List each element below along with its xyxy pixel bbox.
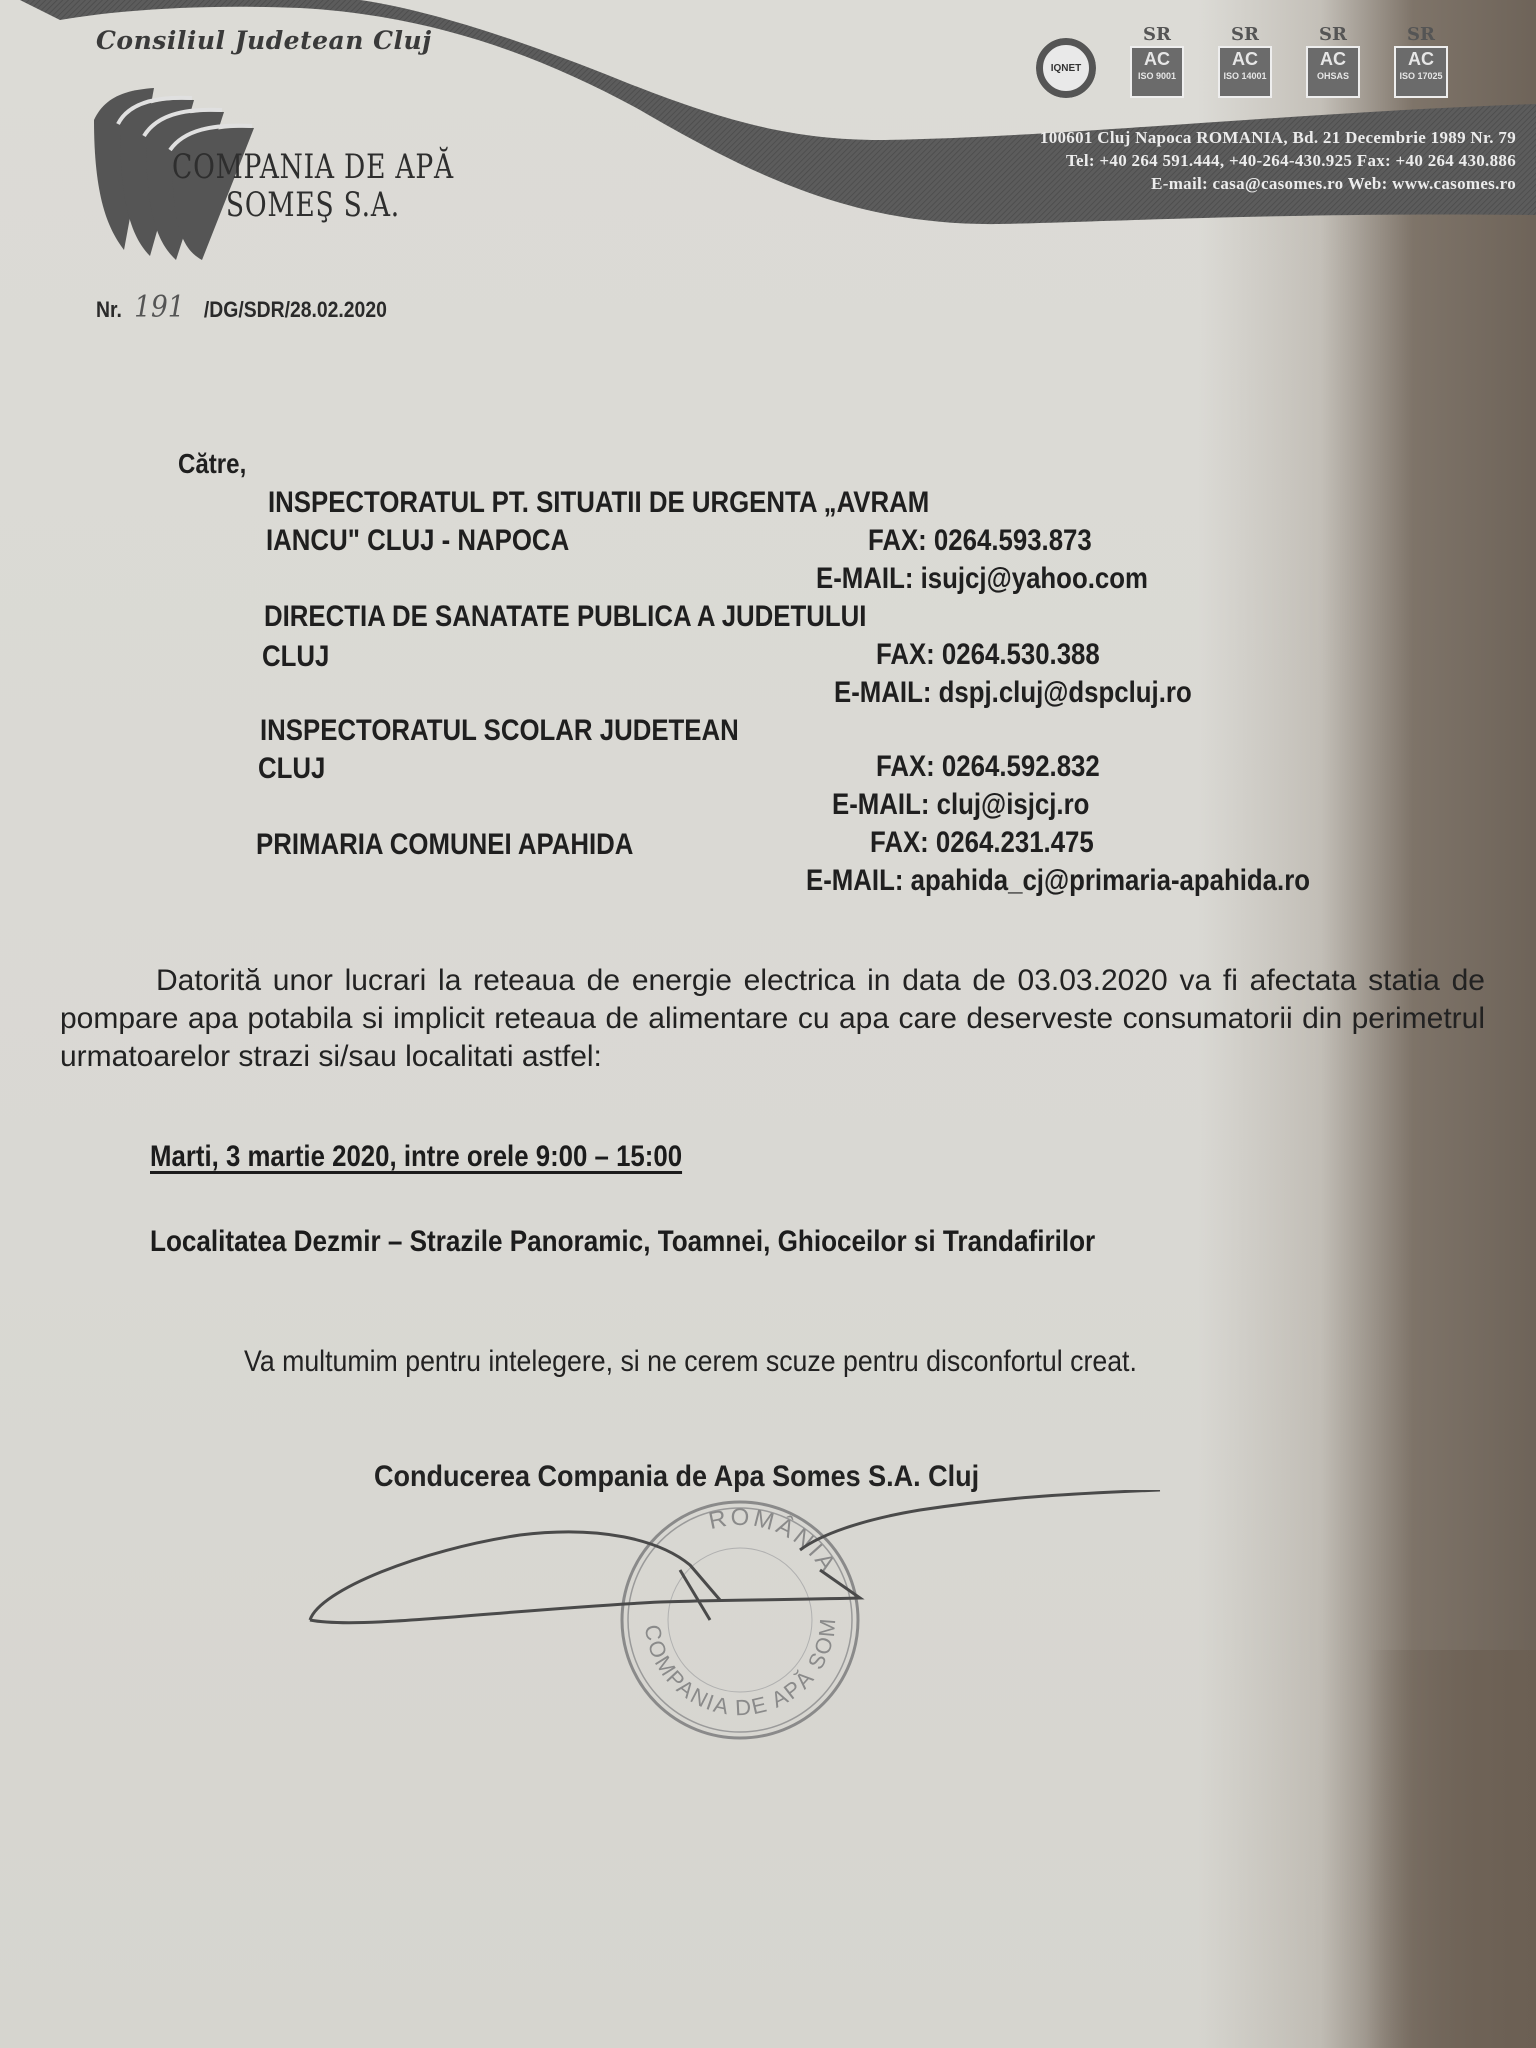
recipient-name: PRIMARIA COMUNEI APAHIDA <box>256 828 633 862</box>
reference-suffix: /DG/SDR/28.02.2020 <box>204 297 387 322</box>
recipient-email: E-MAIL: isujcj@yahoo.com <box>816 562 1148 596</box>
certification-logos: IQNET SR AC ISO 9001 SR AC ISO 14001 SR … <box>1036 38 1448 98</box>
signoff: Conducerea Compania de Apa Somes S.A. Cl… <box>374 1460 979 1494</box>
srac-cert-icon: SR AC ISO 17025 <box>1394 46 1448 98</box>
outage-schedule: Marti, 3 martie 2020, intre orele 9:00 –… <box>150 1140 682 1174</box>
recipient-name: CLUJ <box>262 640 329 674</box>
recipient-email: E-MAIL: apahida_cj@primaria-apahida.ro <box>806 864 1310 898</box>
email-web-line: E-mail: casa@casomes.ro Web: www.casomes… <box>816 172 1516 195</box>
body-paragraph: Datorită unor lucrari la reteaua de ener… <box>60 962 1485 1076</box>
salutation: Către, <box>178 448 246 480</box>
recipient-name: INSPECTORATUL SCOLAR JUDETEAN <box>260 714 739 748</box>
recipient-name: INSPECTORATUL PT. SITUATII DE URGENTA „A… <box>268 486 929 520</box>
document-reference: Nr.191/DG/SDR/28.02.2020 <box>96 290 387 325</box>
company-logo-text: COMPANIA DE APĂ SOMEŞ S.A. <box>172 148 454 224</box>
handwritten-signature <box>300 1490 1200 1630</box>
letterhead: Consiliul Judetean Cluj COMPANIA DE APĂ … <box>0 0 1536 260</box>
srac-cert-icon: SR AC OHSAS <box>1306 46 1360 98</box>
company-name-line1: COMPANIA DE APĂ <box>172 148 454 186</box>
recipient-fax: FAX: 0264.593.873 <box>868 524 1092 558</box>
recipient-fax: FAX: 0264.530.388 <box>876 638 1100 672</box>
handwritten-number: 191 <box>134 290 184 325</box>
recipient-fax: FAX: 0264.231.475 <box>870 826 1094 860</box>
srac-cert-icon: SR AC ISO 9001 <box>1130 46 1184 98</box>
reference-prefix: Nr. <box>96 297 122 322</box>
recipient-fax: FAX: 0264.592.832 <box>876 750 1100 784</box>
recipient-name: IANCU" CLUJ - NAPOCA <box>266 524 569 558</box>
recipient-email: E-MAIL: dspj.cluj@dspcluj.ro <box>834 676 1192 710</box>
page-shadow <box>1366 1650 1536 2048</box>
recipient-name: CLUJ <box>258 752 325 786</box>
srac-cert-icon: SR AC ISO 14001 <box>1218 46 1272 98</box>
thanks-note: Va multumim pentru intelegere, si ne cer… <box>244 1345 1137 1379</box>
phone-fax-line: Tel: +40 264 591.444, +40-264-430.925 Fa… <box>816 149 1516 172</box>
recipient-name: DIRECTIA DE SANATATE PUBLICA A JUDETULUI <box>264 600 866 634</box>
recipient-email: E-MAIL: cluj@isjcj.ro <box>832 788 1089 822</box>
iqnet-ring-icon: IQNET <box>1036 38 1096 98</box>
council-name: Consiliul Judetean Cluj <box>96 26 432 55</box>
address-line: 100601 Cluj Napoca ROMANIA, Bd. 21 Decem… <box>816 126 1516 149</box>
affected-location: Localitatea Dezmir – Strazile Panoramic,… <box>150 1225 1095 1259</box>
company-address: 100601 Cluj Napoca ROMANIA, Bd. 21 Decem… <box>816 126 1516 195</box>
company-name-line2: SOMEŞ S.A. <box>172 186 454 224</box>
